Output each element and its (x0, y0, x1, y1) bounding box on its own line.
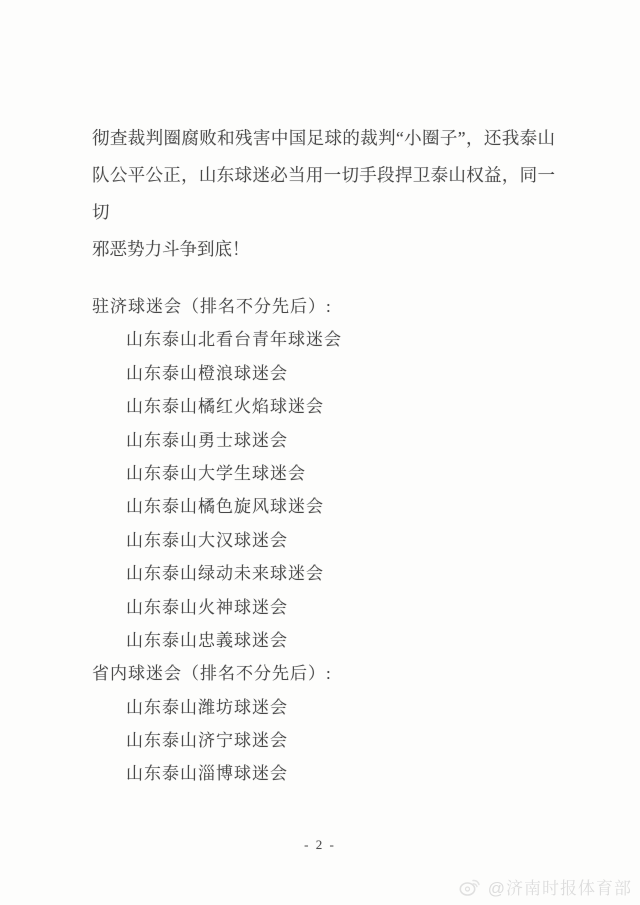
club-list-item: 山东泰山济宁球迷会 (92, 724, 572, 757)
page-number: - 2 - (0, 837, 640, 853)
statement-line: 队公平公正，山东球迷必当用一切手段捍卫泰山权益，同一切 (92, 157, 555, 231)
club-list-item: 山东泰山绿动未来球迷会 (92, 557, 572, 590)
statement-line: 邪恶势力斗争到底！ (92, 231, 555, 268)
club-list-item: 山东泰山淄博球迷会 (92, 757, 572, 790)
statement-line: 彻查裁判圈腐败和残害中国足球的裁判“小圈子”，还我泰山 (92, 120, 555, 157)
club-list-item: 山东泰山大学生球迷会 (92, 457, 572, 490)
club-list-item: 山东泰山橙浪球迷会 (92, 357, 572, 390)
club-list-item: 山东泰山北看台青年球迷会 (92, 323, 572, 356)
club-list-item: 山东泰山忠義球迷会 (92, 624, 572, 657)
statement-paragraph: 彻查裁判圈腐败和残害中国足球的裁判“小圈子”，还我泰山 队公平公正，山东球迷必当… (92, 120, 555, 268)
club-list-item: 山东泰山橘红火焰球迷会 (92, 390, 572, 423)
document-page: 彻查裁判圈腐败和残害中国足球的裁判“小圈子”，还我泰山 队公平公正，山东球迷必当… (0, 0, 640, 905)
weibo-watermark: @济南时报体育部 (458, 874, 632, 899)
fan-club-roster: 驻济球迷会（排名不分先后）: 山东泰山北看台青年球迷会 山东泰山橙浪球迷会 山东… (92, 290, 572, 791)
weibo-icon (458, 876, 483, 897)
club-list-item: 山东泰山火神球迷会 (92, 591, 572, 624)
section-heading-jinan: 驻济球迷会（排名不分先后）: (92, 290, 572, 323)
club-list-item: 山东泰山大汉球迷会 (92, 524, 572, 557)
watermark-handle: @济南时报体育部 (488, 874, 632, 899)
club-list-item: 山东泰山勇士球迷会 (92, 424, 572, 457)
club-list-item: 山东泰山橘色旋风球迷会 (92, 490, 572, 523)
club-list-item: 山东泰山潍坊球迷会 (92, 691, 572, 724)
section-heading-province: 省内球迷会（排名不分先后）: (92, 657, 572, 690)
